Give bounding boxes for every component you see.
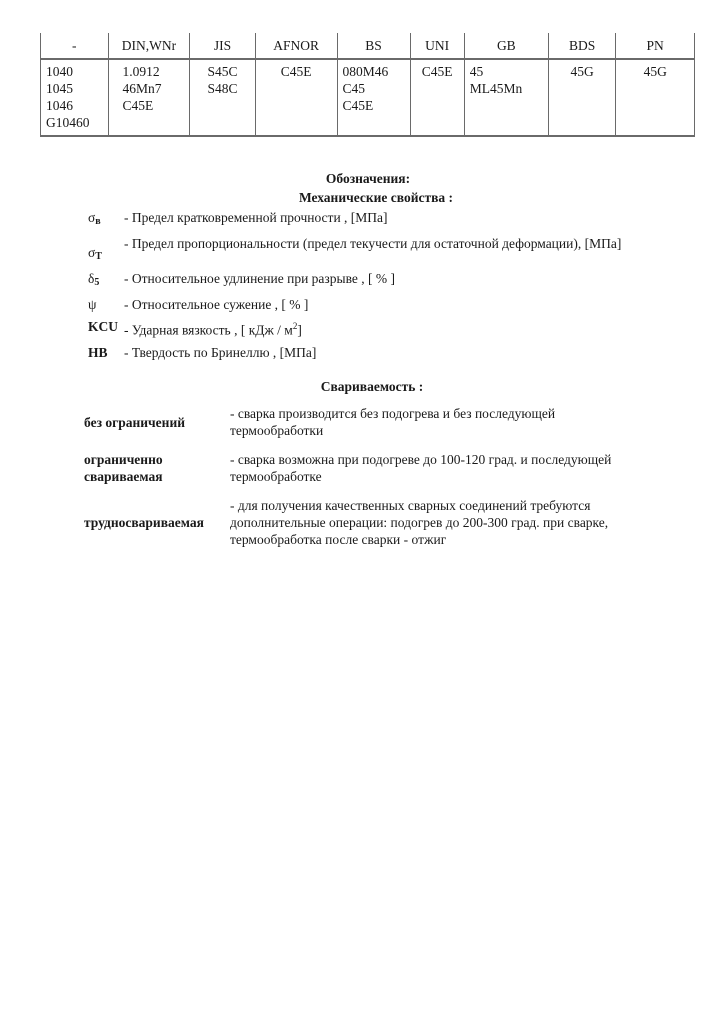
cell-value: 45G (554, 63, 611, 80)
cell-value: ML45Mn (470, 80, 543, 97)
cell-value: 46Mn7 (123, 80, 185, 97)
cell-value: C45E (416, 63, 459, 80)
legend-text: - Твердость по Бринеллю , [МПа] (124, 344, 624, 361)
cell-value: G10460 (46, 114, 103, 131)
cell-usa: 1040 1045 1046 G10460 (41, 59, 109, 136)
legend-text: - Предел кратковременной прочности , [МП… (124, 209, 624, 226)
header-afnor: AFNOR (255, 33, 337, 59)
cell-value: S45C (195, 63, 249, 80)
cell-value: 1046 (46, 97, 103, 114)
weldability-list: без ограничений - сварка производится бе… (84, 405, 640, 560)
weldability-description: - сварка производится без подогрева и бе… (230, 405, 640, 439)
legend-text: - Предел пропорциональности (предел теку… (124, 235, 624, 252)
cell-value: C45E (123, 97, 185, 114)
legend-text: - Ударная вязкость , [ кДж / м2] (124, 318, 624, 339)
legend-item-sigma-t: σT - Предел пропорциональности (предел т… (88, 235, 624, 265)
cell-jis: S45C S48C (190, 59, 255, 136)
header-bs: BS (337, 33, 410, 59)
header-gb: GB (464, 33, 548, 59)
designations-title: Обозначения: (6, 171, 724, 187)
legend-item-kcu: KCU - Ударная вязкость , [ кДж / м2] (88, 318, 624, 339)
cell-value: 45G (621, 63, 689, 80)
cell-afnor: C45E (255, 59, 337, 136)
cell-value: C45E (343, 97, 405, 114)
weldability-description: - для получения качественных сварных сое… (230, 497, 640, 548)
mechanical-properties-title: Механические свойства : (14, 190, 724, 206)
table-header-row: - DIN,WNr JIS AFNOR BS UNI GB BDS PN (41, 33, 695, 59)
legend-text: - Относительное сужение , [ % ] (124, 296, 624, 313)
cell-value: 1.0912 (123, 63, 185, 80)
legend-item-sigma-b: σв - Предел кратковременной прочности , … (88, 209, 624, 230)
header-din: DIN,WNr (108, 33, 190, 59)
cell-value: 080M46 (343, 63, 405, 80)
header-pn: PN (616, 33, 695, 59)
weldability-description: - сварка возможна при подогреве до 100-1… (230, 451, 640, 485)
symbol-sigma-b: σв (88, 209, 124, 230)
symbol-delta-5: δ5 (88, 270, 124, 291)
weldability-term: без ограничений (84, 414, 230, 431)
symbol-kcu: KCU (88, 318, 124, 335)
legend-item-delta-5: δ5 - Относительное удлинение при разрыве… (88, 270, 624, 291)
weldability-item-difficult: трудносвариваемая - для получения качест… (84, 497, 640, 548)
cell-value: 1040 (46, 63, 103, 80)
cell-bs: 080M46 C45 C45E (337, 59, 410, 136)
cell-gb: 45 ML45Mn (464, 59, 548, 136)
header-bds: BDS (548, 33, 616, 59)
legend-item-hb: HB - Твердость по Бринеллю , [МПа] (88, 344, 624, 361)
weldability-item-limited: ограниченно свариваемая - сварка возможн… (84, 451, 640, 485)
cell-value: C45E (261, 63, 332, 80)
mechanical-properties-legend: σв - Предел кратковременной прочности , … (88, 209, 624, 366)
steel-analogs-table: - DIN,WNr JIS AFNOR BS UNI GB BDS PN 104… (40, 33, 695, 137)
header-usa: - (41, 33, 109, 59)
weldability-term: трудносвариваемая (84, 514, 230, 531)
cell-value: 45 (470, 63, 543, 80)
cell-uni: C45E (410, 59, 464, 136)
cell-value: S48C (195, 80, 249, 97)
header-jis: JIS (190, 33, 255, 59)
symbol-psi: ψ (88, 296, 124, 313)
table-row: 1040 1045 1046 G10460 1.0912 46Mn7 C45E … (41, 59, 695, 136)
weldability-item-unrestricted: без ограничений - сварка производится бе… (84, 405, 640, 439)
cell-din: 1.0912 46Mn7 C45E (108, 59, 190, 136)
symbol-sigma-t: σT (88, 235, 124, 265)
cell-bds: 45G (548, 59, 616, 136)
legend-item-psi: ψ - Относительное сужение , [ % ] (88, 296, 624, 313)
cell-value: C45 (343, 80, 405, 97)
weldability-title: Свариваемость : (10, 379, 724, 395)
weldability-term: ограниченно свариваемая (84, 451, 230, 485)
cell-pn: 45G (616, 59, 695, 136)
cell-value: 1045 (46, 80, 103, 97)
header-uni: UNI (410, 33, 464, 59)
symbol-hb: HB (88, 344, 124, 361)
legend-text: - Относительное удлинение при разрыве , … (124, 270, 624, 287)
